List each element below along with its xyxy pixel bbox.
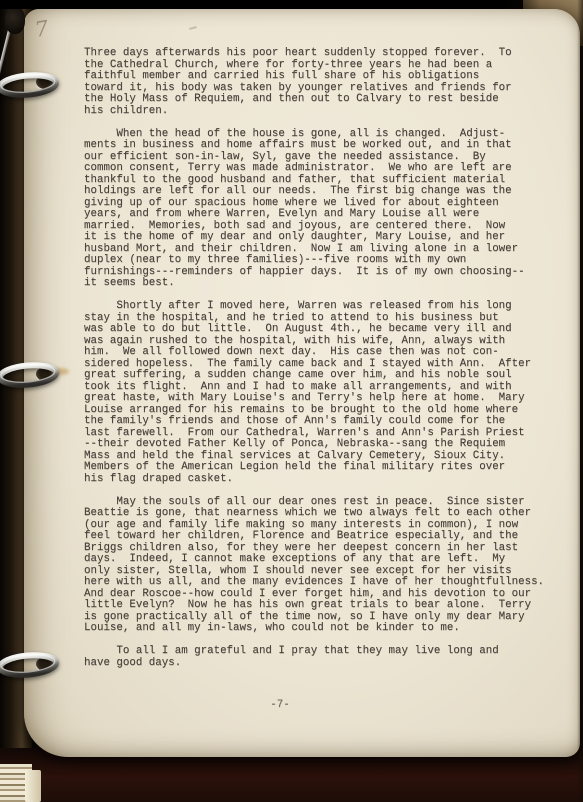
typewritten-paragraph-2: When the head of the house is gone, all …: [84, 129, 570, 290]
typewritten-text: Three days afterwards his poor heart sud…: [84, 48, 570, 669]
binder-ring-top-icon: [0, 70, 61, 100]
binder-clamp: [5, 6, 25, 34]
notebook-page: 7 Three days afterwards his poor heart s…: [24, 9, 580, 757]
binder-ring-bottom-icon: [0, 650, 61, 680]
page-number-footer: -7-: [84, 699, 476, 711]
typewritten-paragraph-5: To all I am grateful and I pray that the…: [84, 646, 570, 669]
typewritten-paragraph-4: May the souls of all our dear ones rest …: [84, 497, 570, 635]
handwritten-page-number: 7: [33, 16, 50, 42]
binder-scene: 7 Three days afterwards his poor heart s…: [0, 0, 583, 802]
pencil-mark: [189, 26, 197, 30]
typewritten-paragraph-1: Three days afterwards his poor heart sud…: [84, 48, 570, 117]
typewritten-paragraph-3: Shortly after I moved here, Warren was r…: [84, 301, 570, 485]
binder-ring-middle-icon: [0, 360, 61, 390]
page-stack-bright-edge: [25, 770, 41, 802]
top-edge-shadow: [0, 0, 540, 9]
